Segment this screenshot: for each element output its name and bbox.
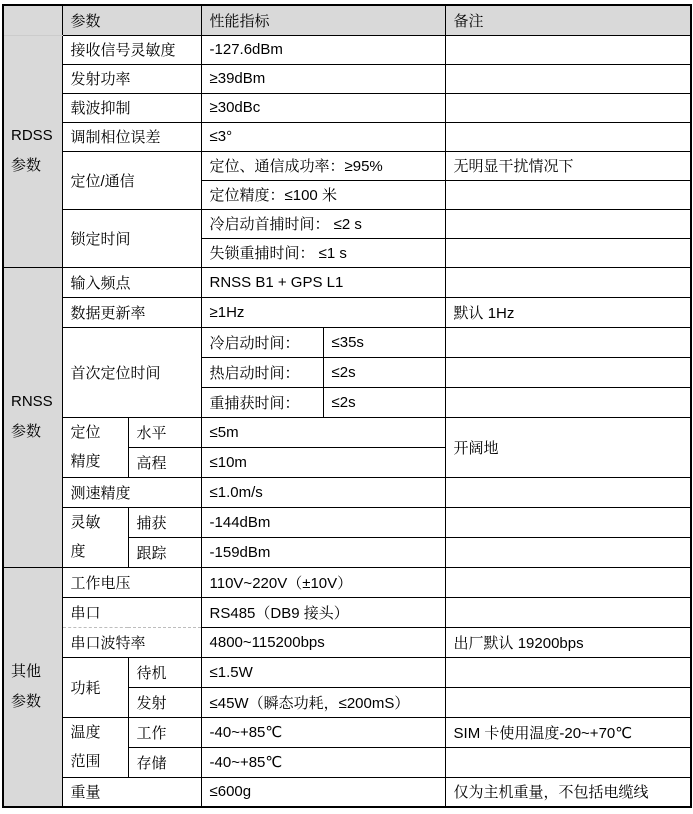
pos-comm-accuracy: 定位精度：≤100 米 — [201, 180, 445, 209]
pos-accuracy-remark: 开阔地 — [445, 417, 691, 477]
sensitivity-param: 灵敏 度 — [62, 507, 128, 567]
empty-remark-cell — [445, 122, 691, 151]
temp-storage-value: -40~+85℃ — [201, 747, 445, 777]
baud-rate-spec: 4800~115200bps — [201, 627, 445, 657]
update-rate-remark: 默认 1Hz — [445, 297, 691, 327]
pos-comm-param: 定位/通信 — [62, 151, 201, 209]
pos-accuracy-h-label: 水平 — [128, 417, 201, 447]
group-rdss-line1: RDSS — [11, 121, 58, 151]
group-rnss: RNSS 参数 — [3, 267, 62, 567]
pos-accuracy-param: 定位 精度 — [62, 417, 128, 477]
lock-time-cold: 冷启动首捕时间： ≤2 s — [201, 209, 445, 238]
group-other-line1: 其他 — [11, 657, 58, 687]
group-rdss: RDSS 参数 — [3, 35, 62, 267]
row-rx-sensitivity: RDSS 参数 接收信号灵敏度 -127.6dBm — [3, 35, 691, 64]
mod-phase-error-spec: ≤3° — [201, 122, 445, 151]
power-standby-label: 待机 — [128, 657, 201, 687]
empty-remark-cell — [445, 180, 691, 209]
rx-sensitivity-param: 接收信号灵敏度 — [62, 35, 201, 64]
empty-remark-cell — [445, 507, 691, 537]
voltage-param: 工作电压 — [62, 567, 201, 597]
row-power-standby: 功耗 待机 ≤1.5W — [3, 657, 691, 687]
header-row: 参数 性能指标 备注 — [3, 5, 691, 35]
sensitivity-param-line2: 度 — [71, 537, 124, 566]
tx-power-param: 发射功率 — [62, 64, 201, 93]
empty-remark-cell — [445, 238, 691, 267]
row-weight: 重量 ≤600g 仅为主机重量，不包括电缆线 — [3, 777, 691, 807]
row-lock-time-1: 锁定时间 冷启动首捕时间： ≤2 s — [3, 209, 691, 238]
pos-accuracy-v-label: 高程 — [128, 447, 201, 477]
row-mod-phase-error: 调制相位误差 ≤3° — [3, 122, 691, 151]
mod-phase-error-param: 调制相位误差 — [62, 122, 201, 151]
ttff-reacq-value: ≤2s — [323, 387, 445, 417]
empty-remark-cell — [445, 477, 691, 507]
power-transmit-label: 发射 — [128, 687, 201, 717]
serial-port-param: 串口 — [62, 597, 201, 627]
pos-accuracy-param-line2: 精度 — [71, 447, 124, 476]
group-rnss-line1: RNSS — [11, 387, 58, 417]
rx-sensitivity-spec: -127.6dBm — [201, 35, 445, 64]
row-velocity-accuracy: 测速精度 ≤1.0m/s — [3, 477, 691, 507]
empty-remark-cell — [445, 267, 691, 297]
ttff-hot-label: 热启动时间： — [201, 357, 323, 387]
temperature-param-line1: 温度 — [71, 718, 124, 747]
weight-param: 重量 — [62, 777, 201, 807]
pos-comm-success-rate: 定位、通信成功率：≥95% — [201, 151, 445, 180]
header-spec: 性能指标 — [201, 5, 445, 35]
temperature-param: 温度 范围 — [62, 717, 128, 777]
temp-operating-value: -40~+85℃ — [201, 717, 445, 747]
temp-operating-remark: SIM 卡使用温度-20~+70℃ — [445, 717, 691, 747]
empty-remark-cell — [445, 35, 691, 64]
row-carrier-suppression: 载波抑制 ≥30dBc — [3, 93, 691, 122]
pos-accuracy-v-value: ≤10m — [201, 447, 445, 477]
power-transmit-value: ≤45W（瞬态功耗，≤200mS） — [201, 687, 445, 717]
lock-time-recapture: 失锁重捕时间： ≤1 s — [201, 238, 445, 267]
sensitivity-acq-value: -144dBm — [201, 507, 445, 537]
group-rnss-line2: 参数 — [11, 417, 58, 447]
pos-accuracy-h-value: ≤5m — [201, 417, 445, 447]
empty-remark-cell — [445, 567, 691, 597]
empty-remark-cell — [445, 537, 691, 567]
update-rate-spec: ≥1Hz — [201, 297, 445, 327]
empty-remark-cell — [445, 209, 691, 238]
carrier-suppression-spec: ≥30dBc — [201, 93, 445, 122]
update-rate-param: 数据更新率 — [62, 297, 201, 327]
velocity-accuracy-param: 测速精度 — [62, 477, 201, 507]
row-baud-rate: 串口波特率 4800~115200bps 出厂默认 19200bps — [3, 627, 691, 657]
row-update-rate: 数据更新率 ≥1Hz 默认 1Hz — [3, 297, 691, 327]
group-other: 其他 参数 — [3, 567, 62, 807]
power-standby-value: ≤1.5W — [201, 657, 445, 687]
voltage-spec: 110V~220V（±10V） — [201, 567, 445, 597]
row-temp-operating: 温度 范围 工作 -40~+85℃ SIM 卡使用温度-20~+70℃ — [3, 717, 691, 747]
tx-power-spec: ≥39dBm — [201, 64, 445, 93]
empty-remark-cell — [445, 597, 691, 627]
group-rdss-line2: 参数 — [11, 151, 58, 181]
velocity-accuracy-spec: ≤1.0m/s — [201, 477, 445, 507]
temperature-param-line2: 范围 — [71, 747, 124, 776]
weight-spec: ≤600g — [201, 777, 445, 807]
ttff-param: 首次定位时间 — [62, 327, 201, 417]
sensitivity-trk-value: -159dBm — [201, 537, 445, 567]
group-other-line2: 参数 — [11, 687, 58, 717]
ttff-hot-value: ≤2s — [323, 357, 445, 387]
power-param: 功耗 — [62, 657, 128, 717]
temp-operating-label: 工作 — [128, 717, 201, 747]
lock-time-param: 锁定时间 — [62, 209, 201, 267]
empty-remark-cell — [445, 387, 691, 417]
row-serial-port: 串口 RS485（DB9 接头） — [3, 597, 691, 627]
sensitivity-param-line1: 灵敏 — [71, 508, 124, 537]
baud-rate-param: 串口波特率 — [62, 627, 201, 657]
ttff-cold-label: 冷启动时间： — [201, 327, 323, 357]
row-voltage: 其他 参数 工作电压 110V~220V（±10V） — [3, 567, 691, 597]
empty-remark-cell — [445, 327, 691, 357]
header-remark: 备注 — [445, 5, 691, 35]
ttff-cold-value: ≤35s — [323, 327, 445, 357]
pos-comm-remark: 无明显干扰情况下 — [445, 151, 691, 180]
row-pos-accuracy-h: 定位 精度 水平 ≤5m 开阔地 — [3, 417, 691, 447]
row-ttff-cold: 首次定位时间 冷启动时间： ≤35s — [3, 327, 691, 357]
input-freq-param: 输入频点 — [62, 267, 201, 297]
sensitivity-trk-label: 跟踪 — [128, 537, 201, 567]
spec-table: 参数 性能指标 备注 RDSS 参数 接收信号灵敏度 -127.6dBm 发射功… — [2, 4, 692, 808]
row-sensitivity-acq: 灵敏 度 捕获 -144dBm — [3, 507, 691, 537]
ttff-reacq-label: 重捕获时间： — [201, 387, 323, 417]
input-freq-spec: RNSS B1 + GPS L1 — [201, 267, 445, 297]
empty-remark-cell — [445, 687, 691, 717]
header-group-cell — [3, 5, 62, 35]
pos-accuracy-param-line1: 定位 — [71, 418, 124, 447]
row-input-freq: RNSS 参数 输入频点 RNSS B1 + GPS L1 — [3, 267, 691, 297]
empty-remark-cell — [445, 657, 691, 687]
empty-remark-cell — [445, 93, 691, 122]
empty-remark-cell — [445, 357, 691, 387]
serial-port-spec: RS485（DB9 接头） — [201, 597, 445, 627]
row-tx-power: 发射功率 ≥39dBm — [3, 64, 691, 93]
temp-storage-label: 存储 — [128, 747, 201, 777]
sensitivity-acq-label: 捕获 — [128, 507, 201, 537]
baud-rate-remark: 出厂默认 19200bps — [445, 627, 691, 657]
carrier-suppression-param: 载波抑制 — [62, 93, 201, 122]
empty-remark-cell — [445, 64, 691, 93]
weight-remark: 仅为主机重量，不包括电缆线 — [445, 777, 691, 807]
empty-remark-cell — [445, 747, 691, 777]
row-pos-comm-1: 定位/通信 定位、通信成功率：≥95% 无明显干扰情况下 — [3, 151, 691, 180]
header-param: 参数 — [62, 5, 201, 35]
